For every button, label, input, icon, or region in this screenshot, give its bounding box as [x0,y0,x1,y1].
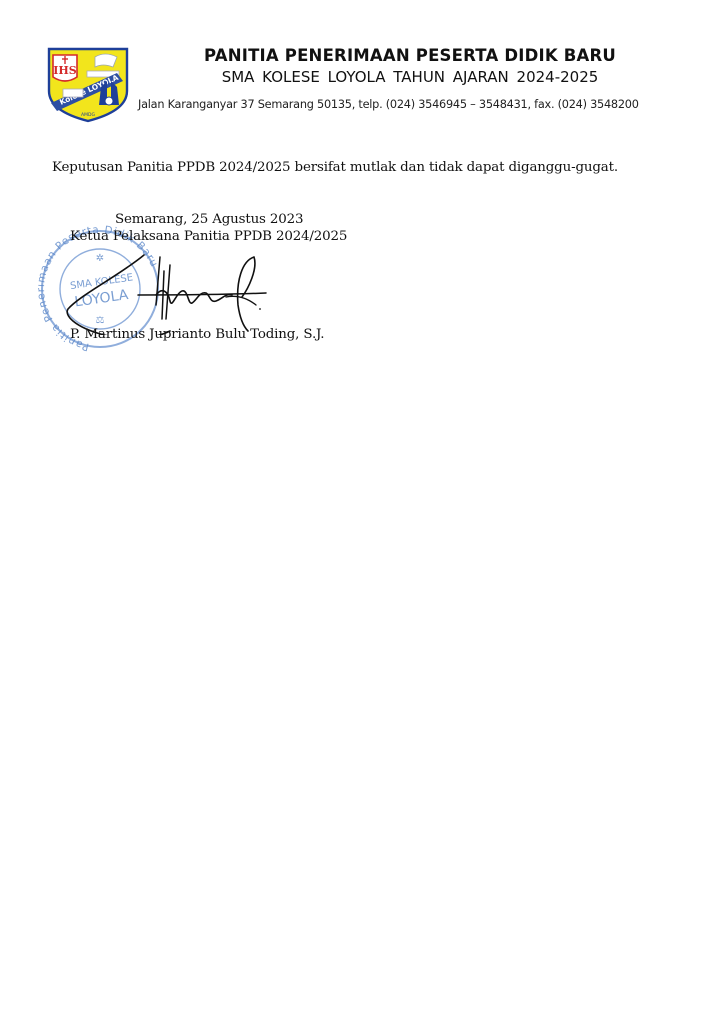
org-subtitle: SMA KOLESE LOYOLA TAHUN AJARAN 2024-2025 [150,68,670,86]
svg-text:IHS: IHS [53,64,77,77]
letterhead: IHS Kolese LOYOLA AMDG PANITIA PENERIMAA… [0,0,724,130]
handwritten-signature-icon [60,235,280,335]
signature-block: Panitia Penerimaan Peserta Didik Baru ✲ … [30,205,390,355]
school-crest-icon: IHS Kolese LOYOLA AMDG [43,45,133,123]
org-title: PANITIA PENERIMAAN PESERTA DIDIK BARU [150,46,670,65]
decision-statement: Keputusan Panitia PPDB 2024/2025 bersifa… [52,160,618,175]
org-address: Jalan Karanganyar 37 Semarang 50135, tel… [138,98,658,111]
sign-place-date: Semarang, 25 Agustus 2023 [115,212,303,227]
signatory-name: P. Martinus Juprianto Bulu Toding, S.J. [70,327,324,342]
logo-motto: AMDG [81,112,95,118]
